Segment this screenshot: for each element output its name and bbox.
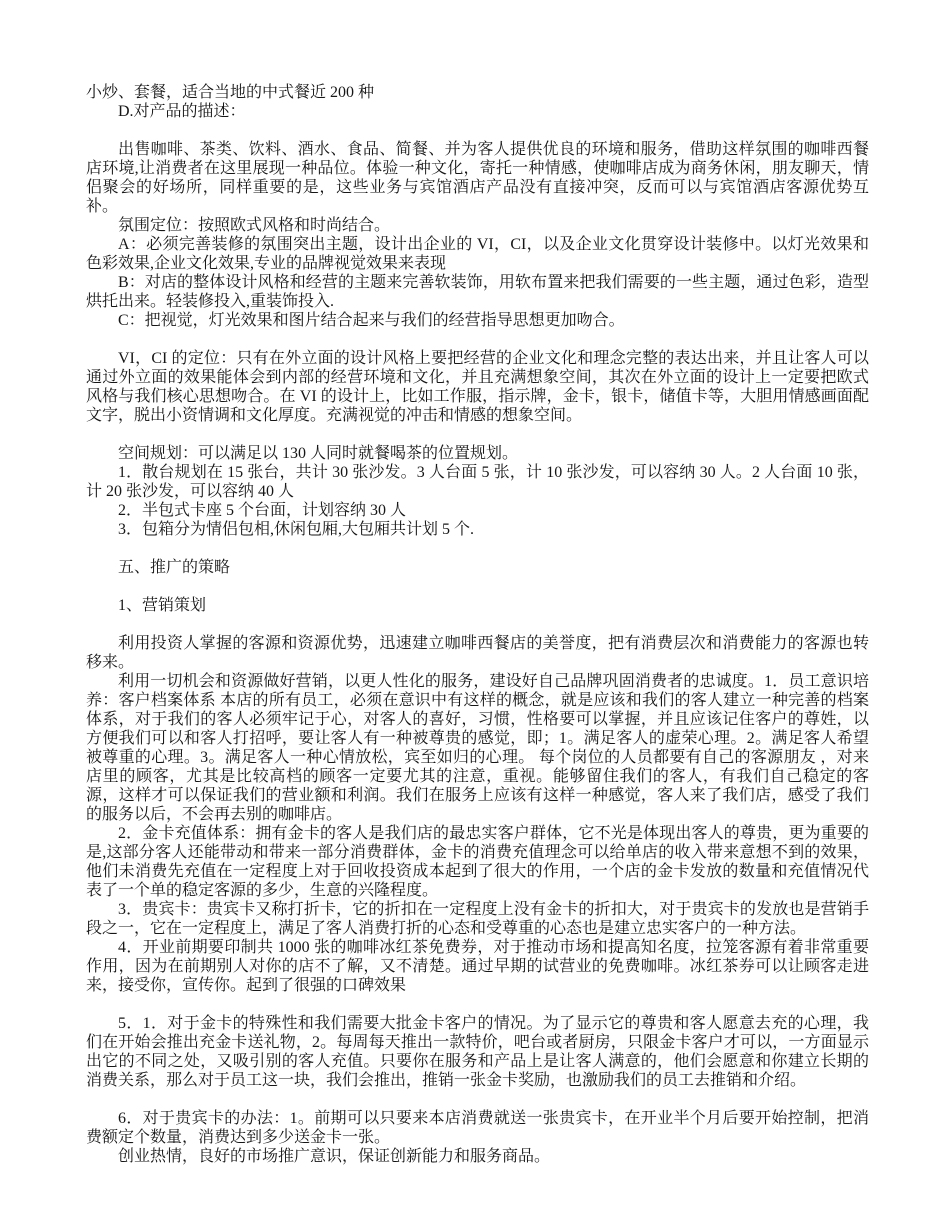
blank-line (86, 121, 869, 140)
paragraph: D.对产品的描述： (86, 102, 869, 121)
paragraph: 2．半包式卡座 5 个台面，计划容纳 30 人 (86, 501, 869, 520)
blank-line (86, 539, 869, 558)
paragraph: 空间规划：可以满足以 130 人同时就餐喝茶的位置规划。 (86, 444, 869, 463)
paragraph: 2．金卡充值体系：拥有金卡的客人是我们店的最忠实客户群体，它不光是体现出客人的尊… (86, 824, 869, 900)
paragraph: 氛围定位：按照欧式风格和时尚结合。 (86, 216, 869, 235)
paragraph: 4．开业前期要印制共 1000 张的咖啡冰红茶免费券，对于推动市场和提高知名度，… (86, 938, 869, 995)
paragraph: 小炒、套餐，适合当地的中式餐近 200 种 (86, 83, 869, 102)
blank-line (86, 577, 869, 596)
paragraph: 1、营销策划 (86, 596, 869, 615)
document-body: 小炒、套餐，适合当地的中式餐近 200 种D.对产品的描述：出售咖啡、茶类、饮料… (86, 83, 869, 1166)
paragraph: VI，CI 的定位：只有在外立面的设计风格上要把经营的企业文化和理念完整的表达出… (86, 349, 869, 425)
paragraph: 创业热情，良好的市场推广意识，保证创新能力和服务商品。 (86, 1147, 869, 1166)
paragraph: 3．贵宾卡：贵宾卡又称打折卡，它的折扣在一定程度上没有金卡的折扣大，对于贵宾卡的… (86, 900, 869, 938)
blank-line (86, 425, 869, 444)
blank-line (86, 615, 869, 634)
paragraph: 3．包箱分为情侣包相,休闲包厢,大包厢共计划 5 个. (86, 520, 869, 539)
paragraph: 出售咖啡、茶类、饮料、酒水、食品、简餐、并为客人提供优良的环境和服务，借助这样氛… (86, 140, 869, 216)
blank-line (86, 330, 869, 349)
paragraph: A：必须完善装修的氛围突出主题，设计出企业的 VI，CI，以及企业文化贯穿设计装… (86, 235, 869, 273)
paragraph: 利用投资人掌握的客源和资源优势，迅速建立咖啡西餐店的美誉度，把有消费层次和消费能… (86, 634, 869, 672)
paragraph: 1．散台规划在 15 张台，共计 30 张沙发。3 人台面 5 张，计 10 张… (86, 463, 869, 501)
blank-line (86, 1090, 869, 1109)
document-page: 小炒、套餐，适合当地的中式餐近 200 种D.对产品的描述：出售咖啡、茶类、饮料… (0, 0, 950, 1230)
paragraph: B：对店的整体设计风格和经营的主题来完善软装饰，用软布置来把我们需要的一些主题，… (86, 273, 869, 311)
paragraph: 利用一切机会和资源做好营销，以更人性化的服务，建设好自己品牌巩固消费者的忠诚度。… (86, 672, 869, 824)
paragraph: 五、推广的策略 (86, 558, 869, 577)
blank-line (86, 995, 869, 1014)
paragraph: C：把视觉，灯光效果和图片结合起来与我们的经营指导思想更加吻合。 (86, 311, 869, 330)
paragraph: 6．对于贵宾卡的办法：1。前期可以只要来本店消费就送一张贵宾卡，在开业半个月后要… (86, 1109, 869, 1147)
paragraph: 5．1．对于金卡的特殊性和我们需要大批金卡客户的情况。为了显示它的尊贵和客人愿意… (86, 1014, 869, 1090)
